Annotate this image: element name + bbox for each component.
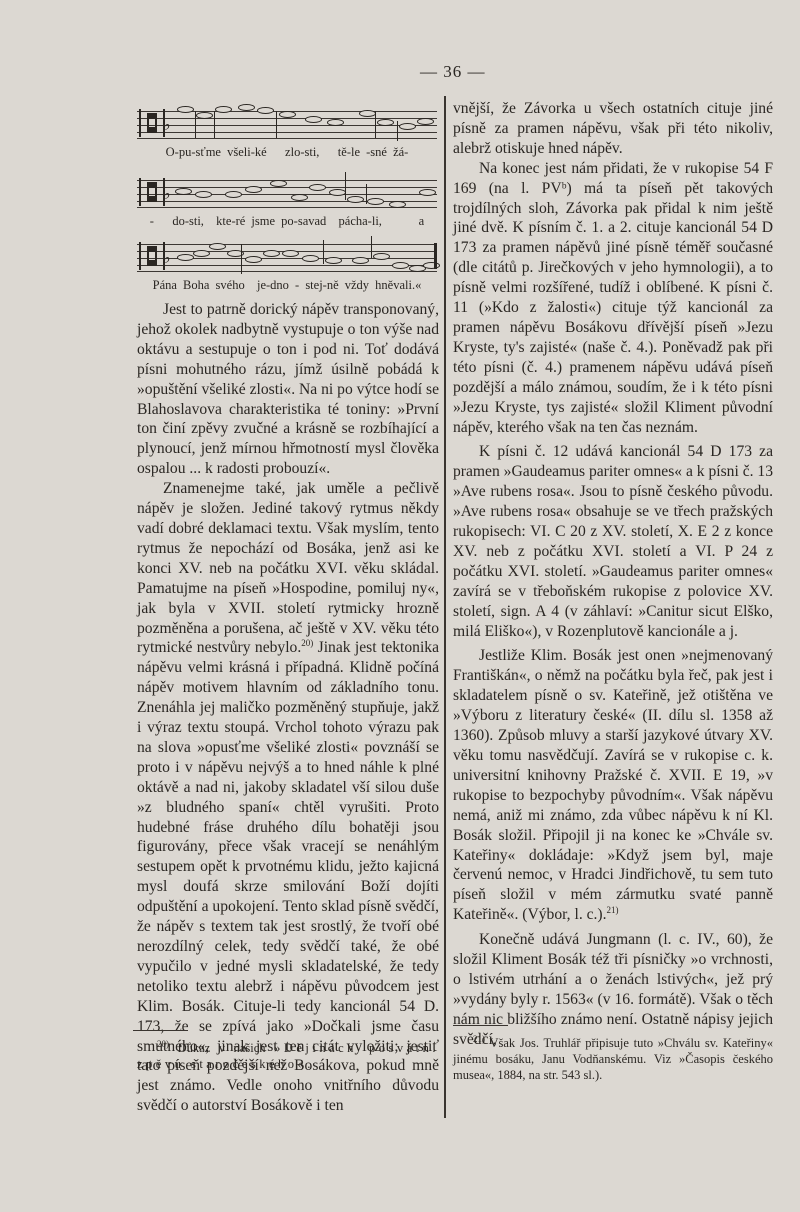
music-system-2: ♭ - do-sti, kte-ré jsme po-savad pácha-l… bbox=[137, 176, 437, 229]
footnote-rule bbox=[453, 1025, 508, 1026]
music-system-1: ♭ O-pu-sťme všeli-ké zlo-sti, tě-le -sné… bbox=[137, 107, 437, 160]
music-system-3: ♭ Pána Boha svého je-dno - stej-ně vždy … bbox=[137, 240, 437, 293]
c-clef-icon bbox=[139, 109, 165, 137]
lyrics-line: - do-sti, kte-ré jsme po-savad pácha-li,… bbox=[137, 214, 437, 229]
page-number: — 36 — bbox=[420, 62, 486, 82]
final-barline bbox=[434, 243, 437, 269]
paragraph: Jestliže Klim. Bosák jest onen »nejmenov… bbox=[453, 646, 773, 925]
staff: ♭ bbox=[137, 240, 437, 272]
paragraph: Znamenejme také, jak uměle a pečlivě náp… bbox=[137, 479, 439, 1116]
paragraph: vnější, že Závorka u všech ostatních cit… bbox=[453, 99, 773, 159]
flat-icon: ♭ bbox=[163, 186, 171, 202]
c-clef-icon bbox=[139, 242, 165, 270]
right-column: vnější, že Závorka u všech ostatních cit… bbox=[453, 99, 773, 1050]
left-column: Jest to patrně dorický nápěv transponova… bbox=[137, 300, 439, 1116]
footnote-rule bbox=[133, 1030, 188, 1031]
paragraph: K písni č. 12 udává kancionál 54 D 173 z… bbox=[453, 442, 773, 641]
footnote-reference[interactable]: 20) bbox=[301, 638, 313, 648]
footnote-21: 21) Však Jos. Truhlář připisuje tuto »Ch… bbox=[453, 1035, 773, 1083]
footnote-reference[interactable]: 21) bbox=[607, 905, 619, 915]
staff: ♭ bbox=[137, 176, 437, 208]
flat-icon: ♭ bbox=[163, 117, 171, 133]
flat-icon: ♭ bbox=[163, 250, 171, 266]
paragraph: Jest to patrně dorický nápěv transponova… bbox=[137, 300, 439, 479]
footnote-20: 20) Důkaz v našich »Dějinách posvátn. zp… bbox=[137, 1040, 439, 1072]
column-divider bbox=[444, 96, 446, 1118]
lyrics-line: Pána Boha svého je-dno - stej-ně vždy hn… bbox=[137, 278, 437, 293]
lyrics-line: O-pu-sťme všeli-ké zlo-sti, tě-le -sné ž… bbox=[137, 145, 437, 160]
paragraph: Na konec jest nám přidati, že v rukopise… bbox=[453, 159, 773, 438]
staff: ♭ bbox=[137, 107, 437, 139]
paragraph: Konečně udává Jungmann (l. c. IV., 60), … bbox=[453, 930, 773, 1049]
c-clef-icon bbox=[139, 178, 165, 206]
